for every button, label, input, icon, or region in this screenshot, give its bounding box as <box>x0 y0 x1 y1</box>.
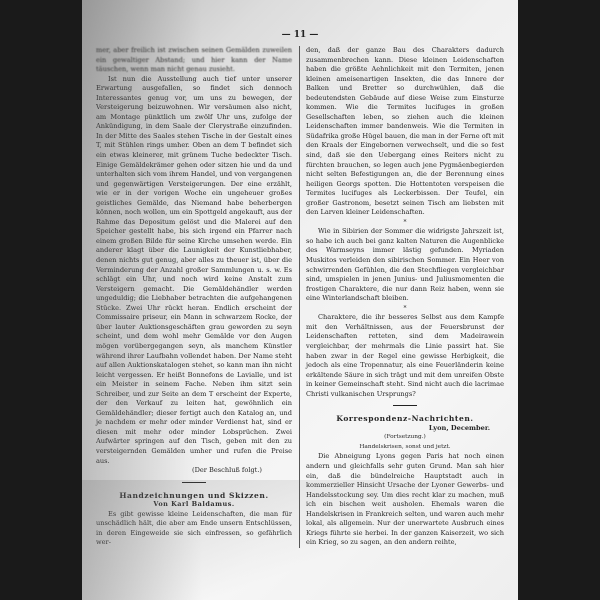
column-divider <box>299 46 300 548</box>
continuation-label: (Fortsetzung.) <box>306 433 504 443</box>
page-number: — 11 — <box>82 30 518 40</box>
right-paragraph: den, daß der ganze Bau des Charakters da… <box>306 46 504 218</box>
right-paragraph: Wie in Sibirien der Sommer die widrigste… <box>306 227 504 303</box>
scanned-page: — 11 — mer, aber freilich ist zwischen s… <box>82 0 518 600</box>
right-column: den, daß der ganze Bau des Charakters da… <box>306 46 504 548</box>
subheading: Handelskrisen, sonst und jetzt. <box>306 443 504 453</box>
article-title: Handzeichnungen und Skizzen. <box>96 491 292 501</box>
right-paragraph: Charaktere, die ihr besseres Selbst aus … <box>306 313 504 399</box>
section-rule <box>393 405 417 406</box>
continuation-note: (Der Beschluß folgt.) <box>96 466 292 476</box>
left-column: mer, aber freilich ist zwischen seinen G… <box>96 46 292 548</box>
left-paragraph: mer, aber freilich ist zwischen seinen G… <box>96 46 292 75</box>
left-paragraph: Ist nun die Ausstellung auch tief unter … <box>96 75 292 466</box>
separator-star: * <box>306 218 504 228</box>
right-paragraph: Die Abneigung Lyons gegen Paris hat noch… <box>306 452 504 547</box>
dateline: Lyon, December. <box>306 424 504 434</box>
separator-star: * <box>306 304 504 314</box>
article-opening: Es gibt gewisse kleine Leidenschaften, d… <box>96 510 292 548</box>
article-byline: Von Karl Baldamus. <box>96 500 292 510</box>
section-rule <box>182 482 206 483</box>
section-title: Korrespondenz-Nachrichten. <box>306 414 504 424</box>
